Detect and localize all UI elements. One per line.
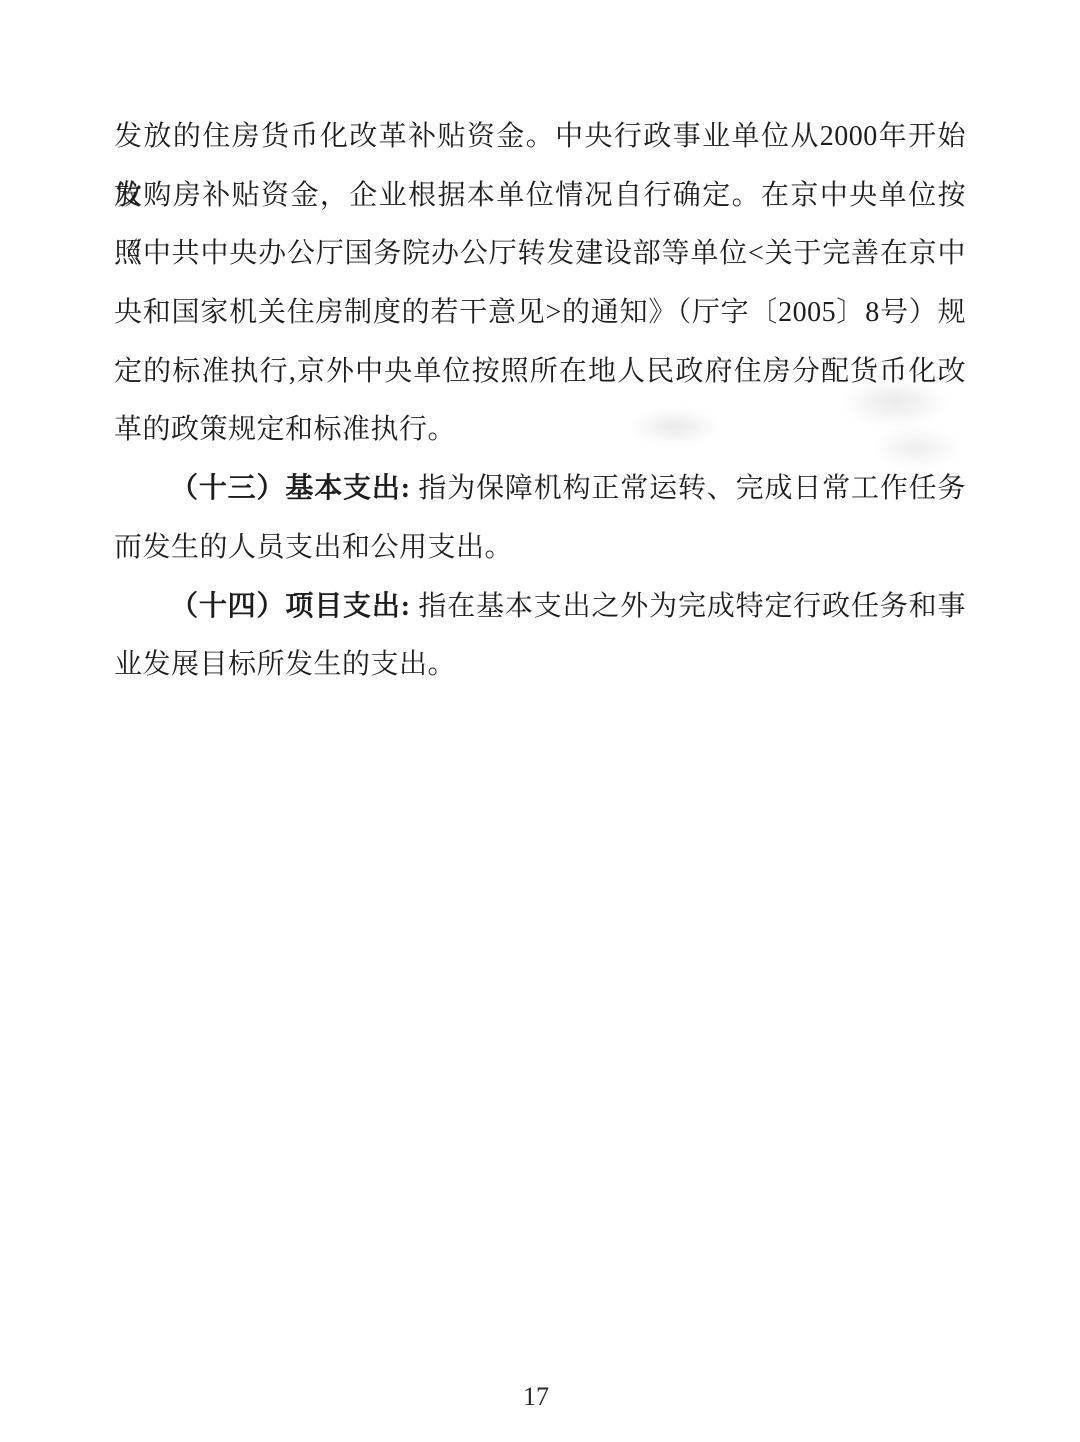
text-line: 放购房补贴资金，企业根据本单位情况自行确定。在京中央单位按照 [114, 167, 966, 226]
text-line: 业发展目标所发生的支出。 [114, 636, 966, 695]
text-line: 定的标准执行,京外中央单位按照所在地人民政府住房分配货币化改 [114, 343, 966, 402]
text-line: （十三）基本支出: 指为保障机构正常运转、完成日常工作任务 [114, 460, 966, 519]
text-line: 《中共中央办公厅国务院办公厅转发建设部等单位<关于完善在京中 [114, 225, 966, 284]
text-line: 发放的住房货币化改革补贴资金。中央行政事业单位从2000年开始发 [114, 108, 966, 167]
section-heading: （十四）项目支出: [170, 591, 411, 622]
document-page: 发放的住房货币化改革补贴资金。中央行政事业单位从2000年开始发放购房补贴资金，… [0, 0, 1080, 1442]
text-block: 发放的住房货币化改革补贴资金。中央行政事业单位从2000年开始发放购房补贴资金，… [114, 108, 966, 695]
text-line: 央和国家机关住房制度的若干意见>的通知》（厅字〔2005〕8号）规 [114, 284, 966, 343]
text-line: （十四）项目支出: 指在基本支出之外为完成特定行政任务和事 [114, 578, 966, 637]
page-number: 17 [0, 1382, 1072, 1412]
section-heading: （十三）基本支出: [170, 473, 411, 504]
text-line: 革的政策规定和标准执行。 [114, 401, 966, 460]
text-line: 而发生的人员支出和公用支出。 [114, 519, 966, 578]
